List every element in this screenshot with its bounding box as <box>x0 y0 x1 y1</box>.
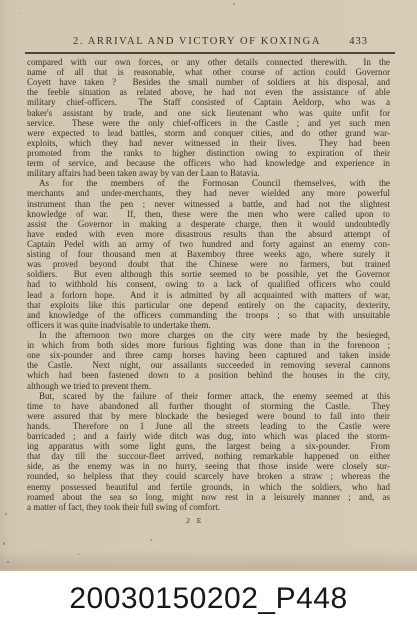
text-line: hands. Therefore on 1 June all the stree… <box>27 421 390 431</box>
text-line: military chief-officers. The Staff consi… <box>27 97 390 107</box>
text-line: that day till the succour-fleet arrived,… <box>27 451 390 461</box>
text-line: exploits, which they had never witnessed… <box>27 138 390 148</box>
paper-speck <box>5 513 7 515</box>
text-line: one six-pounder and three camp horses ha… <box>27 350 390 360</box>
text-line: in which from both sides more furious fi… <box>27 340 390 350</box>
text-line: had to withhold his consent, owing to a … <box>27 279 390 289</box>
text-line: soldiers. But even although this sortie … <box>27 269 390 279</box>
text-line: time to have abandoned all further thoug… <box>27 401 390 411</box>
scan-identifier-label: 20030150202_P448 <box>0 584 417 614</box>
text-line: assist the Governor in making a desperat… <box>27 219 390 229</box>
page-number: 433 <box>349 36 368 47</box>
text-line: sisting of four thousand men at Baxemboy… <box>27 249 390 259</box>
text-line: term of service, and because the officer… <box>27 158 390 168</box>
text-line: officers it was quite inadvisable to und… <box>27 320 390 330</box>
text-line: were expected to lead battles, storm and… <box>27 128 390 138</box>
text-line: service. These were the only chief-offic… <box>27 118 390 128</box>
header-rule <box>25 52 395 54</box>
paper-speck <box>78 553 79 555</box>
page-body-text: compared with our own forces, or any oth… <box>27 57 390 512</box>
text-line: Captain Pedel with an army of two hundre… <box>27 239 390 249</box>
text-line: barricaded ; and a fairly wide ditch was… <box>27 431 390 441</box>
text-line: lead a forlorn hope. And it is admitted … <box>27 290 390 300</box>
text-line: knowledge of war. If, then, these were t… <box>27 209 390 219</box>
text-line: which had been fastened down to a positi… <box>27 370 390 380</box>
text-line: baker's assistant by trade, and one sick… <box>27 108 390 118</box>
text-line: have ended with even more disastrous res… <box>27 229 390 239</box>
text-line: enemy possessed beautiful and fertile gr… <box>27 482 390 492</box>
text-line: roamed about the sea so long, might now … <box>27 492 390 502</box>
text-line: In the afternoon two more charges on the… <box>27 330 390 340</box>
text-line: although we tried to prevent them. <box>27 381 390 391</box>
scanned-document-page: 2. ARRIVAL AND VICTORY OF KOXINGA 433 co… <box>0 0 417 640</box>
paper-speck <box>233 3 235 5</box>
book-page-scan: 2. ARRIVAL AND VICTORY OF KOXINGA 433 co… <box>0 0 417 571</box>
paper-speck <box>3 542 5 545</box>
text-line: that exploits like this particular one d… <box>27 300 390 310</box>
text-line: a matter of fact, they took their full s… <box>27 502 390 512</box>
text-line: rounded, so helpless that they could sca… <box>27 471 390 481</box>
text-line: Coyett have taken ? Besides the small nu… <box>27 77 390 87</box>
text-line: ing apparatus with some light guns, the … <box>27 441 390 451</box>
text-line: instrument than the pen ; never witnesse… <box>27 199 390 209</box>
text-line: the feeble situation as related above, h… <box>27 87 390 97</box>
paper-speck <box>7 561 9 563</box>
paper-speck <box>20 13 21 14</box>
text-line: were assured that by mere blockade the b… <box>27 411 390 421</box>
text-line: But, scared by the failure of their form… <box>27 391 390 401</box>
text-line: name of all that is reasonable, what oth… <box>27 67 390 77</box>
paper-speck <box>150 539 152 541</box>
text-line: and knowledge of the officers commanding… <box>27 310 390 320</box>
text-line: military affairs had been taken away by … <box>27 168 390 178</box>
text-line: was proved beyond doubt that the Chinese… <box>27 259 390 269</box>
text-line: promoted from the ranks to higher distin… <box>27 148 390 158</box>
text-line: merchants and under-merchants, they had … <box>27 188 390 198</box>
text-line: As for the members of the Formosan Counc… <box>27 178 390 188</box>
printer-signature-mark: 2 E <box>0 516 390 525</box>
text-line: compared with our own forces, or any oth… <box>27 57 390 67</box>
text-line: the Castle. Next night, our assailants s… <box>27 360 390 370</box>
text-line: side, as the enemy was in no hurry, seei… <box>27 461 390 471</box>
running-header-title: 2. ARRIVAL AND VICTORY OF KOXINGA <box>27 36 367 47</box>
